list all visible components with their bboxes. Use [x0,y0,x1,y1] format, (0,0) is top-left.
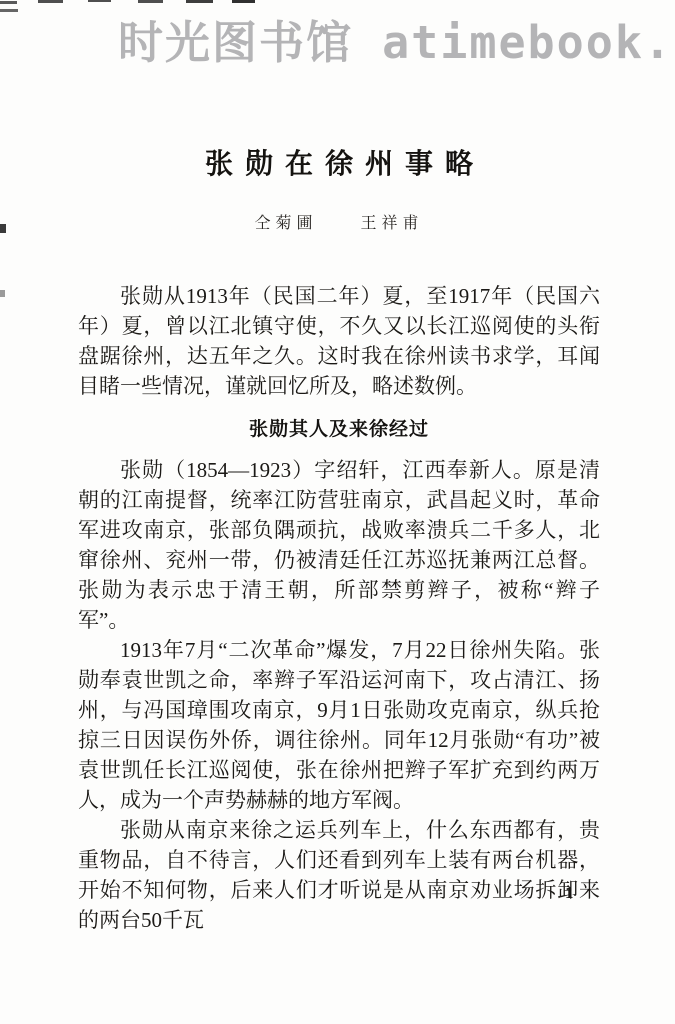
page-number: 1 [565,883,574,903]
scan-artifact-speck [0,290,5,297]
section-heading: 张勋其人及来徐经过 [78,418,600,442]
scan-artifact-dash [0,9,18,12]
article-title: 张勋在徐州事略 [78,148,600,182]
body-paragraph: 张勋从南京来徐之运兵列车上，什么东西都有，贵重物品，自不待言，人们还看到列车上装… [78,815,600,935]
author-line: 仝菊圃 王祥甫 [78,212,600,236]
author-name: 王祥甫 [361,215,424,232]
article-body: 张勋从1913年（民国二年）夏，至1917年（民国六年）夏，曾以江北镇守使，不久… [78,281,600,935]
scan-artifact-speck [0,224,6,233]
body-paragraph: 张勋（1854—1923）字绍轩，江西奉新人。原是清朝的江南提督，统率江防营驻南… [78,455,600,635]
scan-artifact-dash [38,0,63,3]
scan-artifact-dash [0,1,17,4]
body-paragraph: 1913年7月“二次革命”爆发，7月22日徐州失陷。张勋奉袁世凯之命，率辫子军沿… [78,635,600,815]
author-name: 仝菊圃 [254,215,317,232]
body-paragraph: 张勋从1913年（民国二年）夏，至1917年（民国六年）夏，曾以江北镇守使，不久… [78,281,600,401]
article: 张勋在徐州事略 仝菊圃 王祥甫 张勋从1913年（民国二年）夏，至1917年（民… [78,0,600,935]
scanned-book-page: 时光图书馆 atimebook.c 张勋在徐州事略 仝菊圃 王祥甫 张勋从191… [0,0,675,1024]
